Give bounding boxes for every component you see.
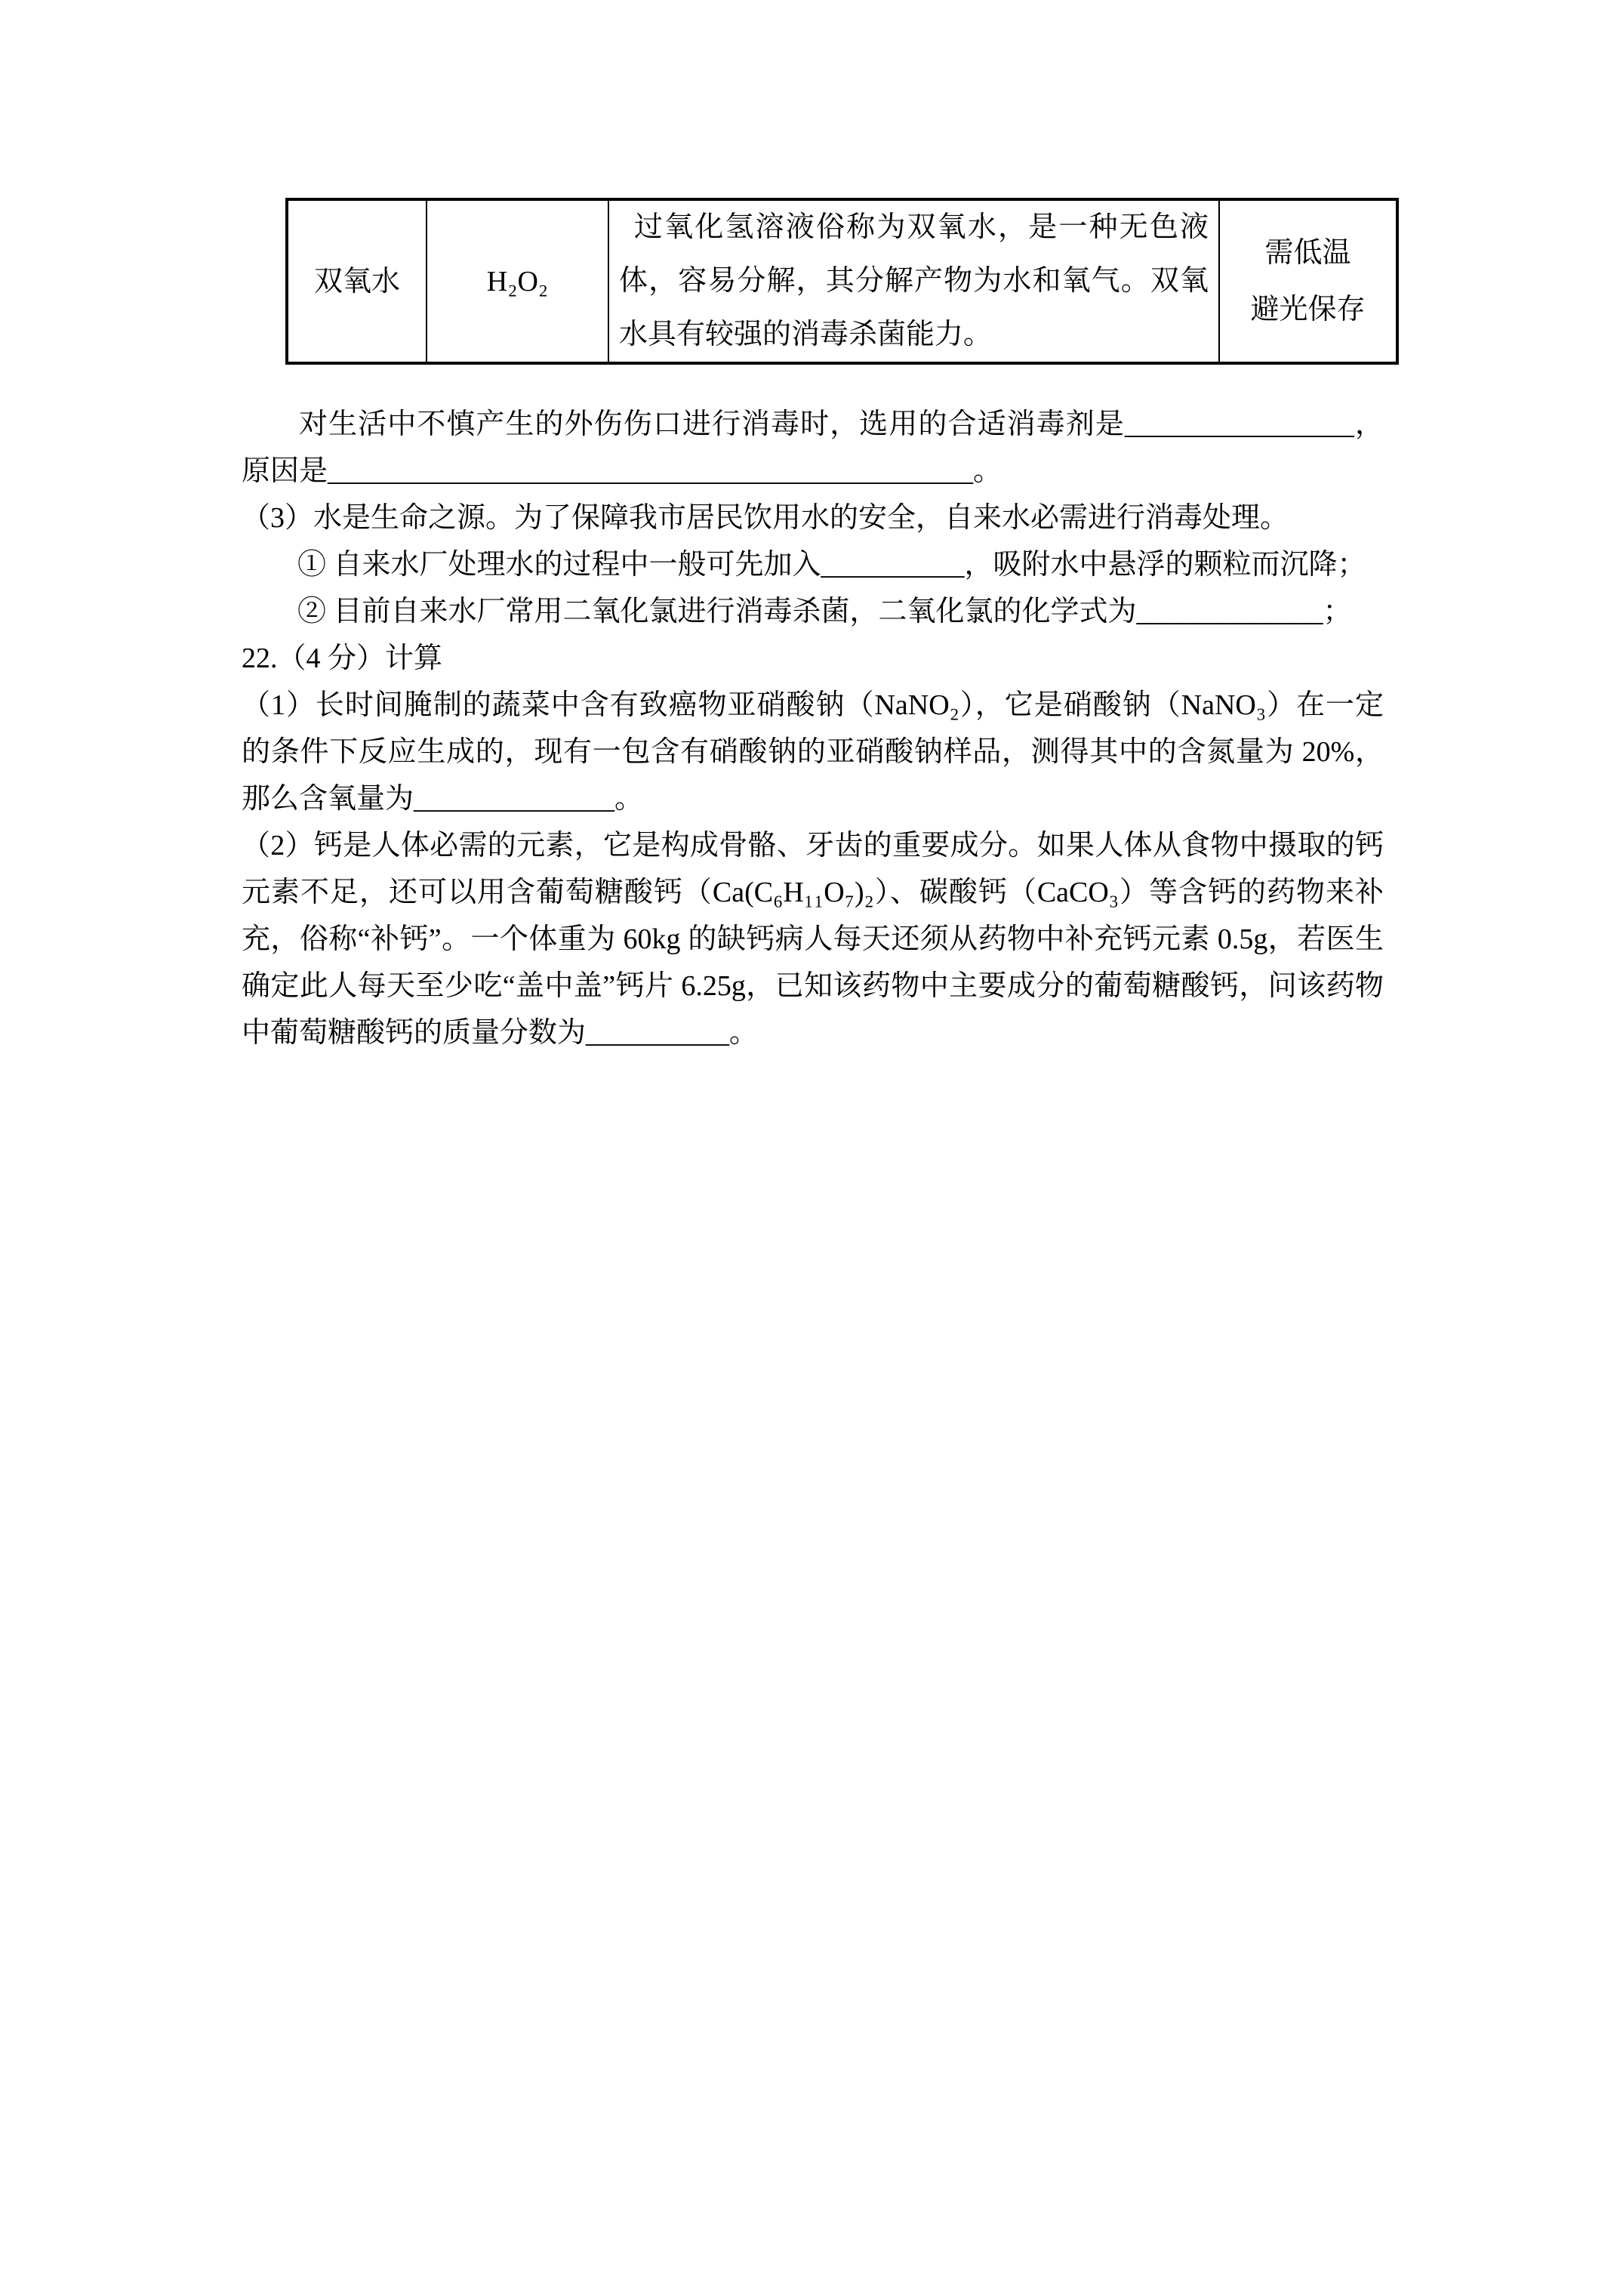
table-row-hydrogen-peroxide: 双氧水 H₂O₂ 过氧化氢溶液俗称为双氧水，是一种无色液体，容易分解，其分解产物… xyxy=(287,199,1397,363)
document-body: 双氧水 H₂O₂ 过氧化氢溶液俗称为双氧水，是一种无色液体，容易分解，其分解产物… xyxy=(242,198,1384,1056)
q21-part3-intro: （3）水是生命之源。为了保障我市居民饮用水的安全，自来水必需进行消毒处理。 xyxy=(242,495,1384,541)
substance-table: 双氧水 H₂O₂ 过氧化氢溶液俗称为双氧水，是一种无色液体，容易分解，其分解产物… xyxy=(285,198,1399,365)
q22-part2-calcium-question: （2）钙是人体必需的元素，它是构成骨骼、牙齿的重要成分。如果人体从食物中摄取的钙… xyxy=(242,822,1384,1056)
substance-storage-cell: 需低温 避光保存 xyxy=(1219,199,1397,363)
substance-description-text: 过氧化氢溶液俗称为双氧水，是一种无色液体，容易分解，其分解产物为水和氧气。双氧水… xyxy=(609,201,1218,362)
storage-condition-line-1: 需低温 xyxy=(1220,225,1396,282)
q22-part1-nitrite-question: （1）长时间腌制的蔬菜中含有致癌物亚硝酸钠（NaNO₂），它是硝酸钠（NaNO₃… xyxy=(242,682,1384,822)
q21-part3-item-1: ① 自来水厂处理水的过程中一般可先加入__________，吸附水中悬浮的颗粒而… xyxy=(242,541,1384,588)
exam-document-page: 双氧水 H₂O₂ 过氧化氢溶液俗称为双氧水，是一种无色液体，容易分解，其分解产物… xyxy=(0,0,1623,2296)
q21-disinfectant-question: 对生活中不慎产生的外伤伤口进行消毒时，选用的合适消毒剂是____________… xyxy=(242,401,1384,495)
q22-heading: 22.（4 分）计算 xyxy=(242,635,1384,682)
q21-part3-item-2: ② 目前自来水厂常用二氧化氯进行消毒杀菌，二氧化氯的化学式为__________… xyxy=(242,588,1384,635)
substance-formula-cell: H₂O₂ xyxy=(427,199,608,363)
storage-condition-line-2: 避光保存 xyxy=(1220,282,1396,338)
substance-name-cell: 双氧水 xyxy=(287,199,427,363)
substance-description-cell: 过氧化氢溶液俗称为双氧水，是一种无色液体，容易分解，其分解产物为水和氧气。双氧水… xyxy=(608,199,1219,363)
